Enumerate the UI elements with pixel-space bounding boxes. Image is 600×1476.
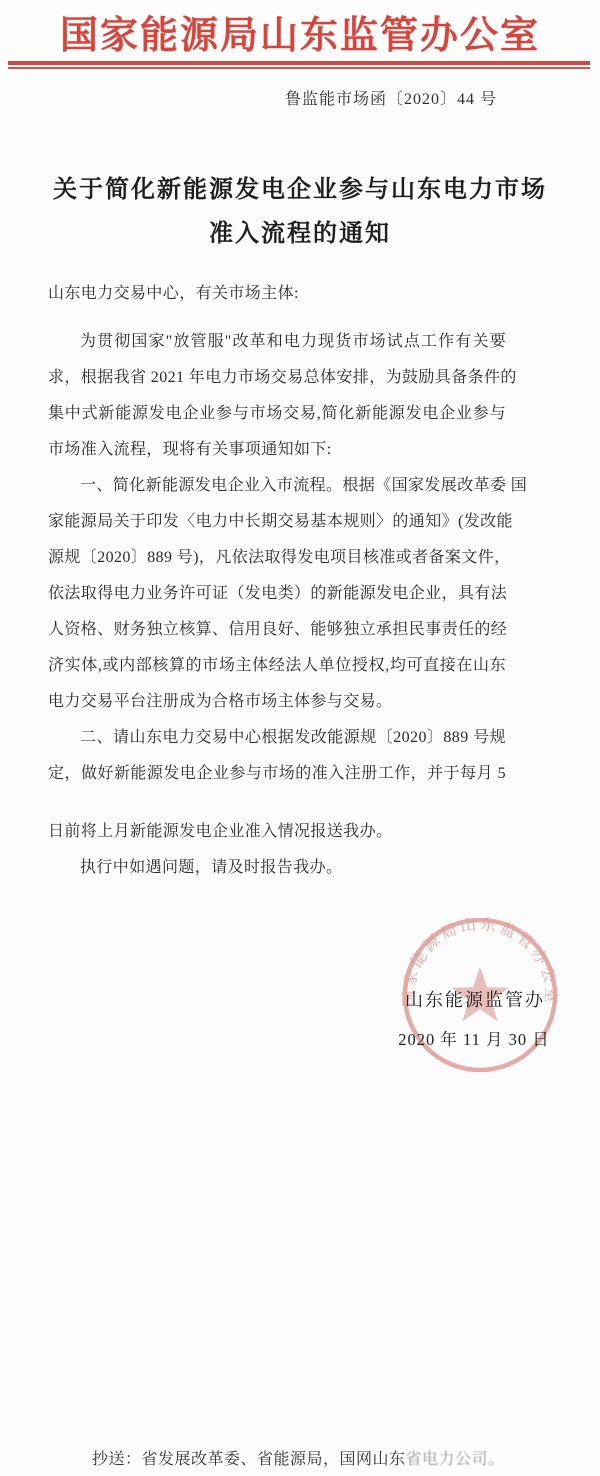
body-line: 二、请山东电力交易中心根据发改能源规〔2020〕889 号规	[48, 720, 506, 756]
body-line: 源规〔2020〕889 号)，凡依法取得发电项目核准或者备案文件，	[48, 540, 506, 576]
body-line: 人资格、财务独立核算、信用良好、能够独立承担民事责任的经	[48, 612, 506, 648]
document-number: 鲁监能市场函〔2020〕44 号	[285, 86, 497, 109]
body-line: 定，做好新能源发电企业参与市场的准入注册工作，并于每月 5	[48, 756, 506, 792]
body-line: 集中式新能源发电企业参与市场交易,简化新能源发电企业参与	[48, 396, 506, 432]
footer-copy-to: 抄送：省发展改革委、省能源局，国网山东	[92, 1451, 406, 1468]
body-line: 电力交易平台注册成为合格市场主体参与交易。	[48, 684, 506, 720]
body-line: 家能源局关于印发〈电力中长期交易基本规则〉的通知》(发改能	[48, 504, 506, 540]
footer-copy-line: 抄送：省发展改革委、省能源局，国网山东省电力公司。	[92, 1446, 505, 1469]
document-title: 关于简化新能源发电企业参与山东电力市场 准入流程的通知	[30, 168, 570, 256]
body-line: 求，根据我省 2021 年电力市场交易总体安排，为鼓励具备条件的	[48, 360, 506, 396]
salutation: 山东电力交易中心，有关市场主体:	[48, 276, 506, 312]
body-line: 济实体,或内部核算的市场主体经法人单位授权,均可直接在山东	[48, 648, 506, 684]
body-line: 依法取得电力业务许可证（发电类）的新能源发电企业，具有法	[48, 576, 506, 612]
body-line: 执行中如遇问题，请及时报告我办。	[48, 850, 506, 886]
body-line: 市场准入流程，现将有关事项通知如下:	[48, 432, 506, 468]
letterhead-divider-rule	[8, 61, 590, 69]
signature-org-name: 山东能源监管办	[400, 986, 550, 1012]
document-page: 国家能源局山东监管办公室 鲁监能市场函〔2020〕44 号 关于简化新能源发电企…	[0, 0, 600, 1476]
body-line: 为贯彻国家"放管服"改革和电力现货市场试点工作有关要	[48, 324, 506, 360]
document-title-line-2: 准入流程的通知	[30, 212, 570, 256]
body-line: 日前将上月新能源发电企业准入情况报送我办。	[48, 814, 506, 850]
footer-copy-to-faded: 省电力公司。	[406, 1451, 505, 1468]
body-line: 一、简化新能源发电企业入市流程。根据《国家发展改革委 国	[48, 468, 506, 504]
document-title-line-1: 关于简化新能源发电企业参与山东电力市场	[30, 168, 570, 212]
signature-date: 2020 年 11 月 30 日	[386, 1026, 562, 1050]
letterhead-org-name: 国家能源局山东监管办公室	[0, 4, 600, 59]
document-body: 山东电力交易中心，有关市场主体: 为贯彻国家"放管服"改革和电力现货市场试点工作…	[48, 276, 506, 886]
